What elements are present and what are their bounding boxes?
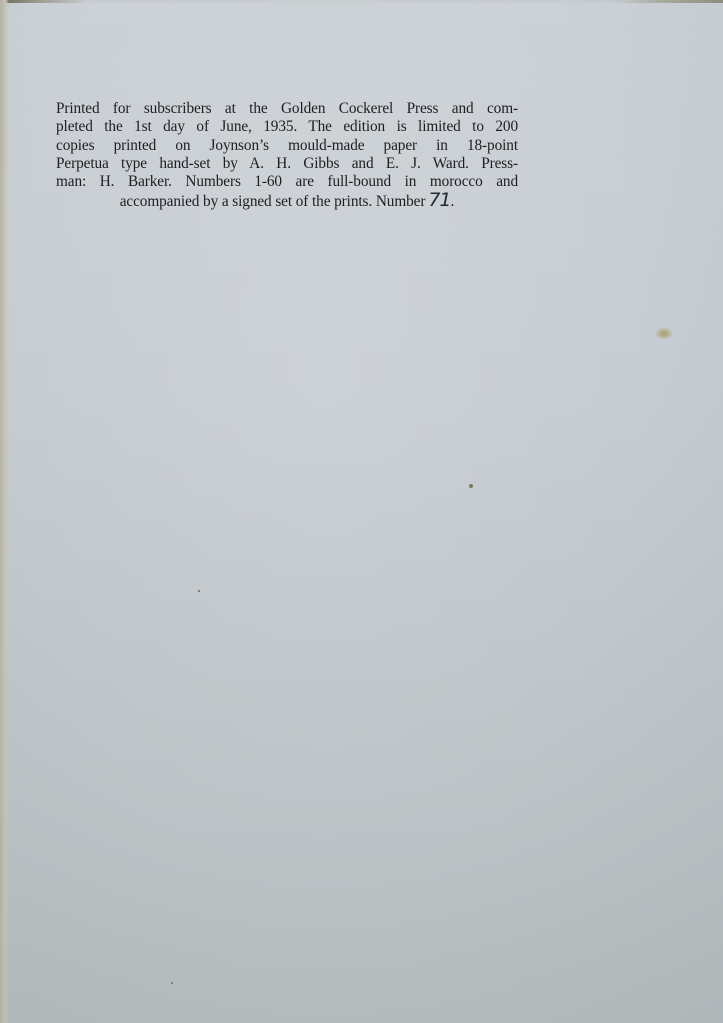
colophon-line: copies printed on Joynson’s mould-made p… xyxy=(56,137,518,155)
colophon-line: Printed for subscribers at the Golden Co… xyxy=(56,100,518,118)
colophon-line: pleted the 1st day of June, 1935. The ed… xyxy=(56,118,518,136)
page-top-edge xyxy=(0,0,723,3)
page-left-edge xyxy=(0,0,9,1023)
colophon-line: accompanied by a signed set of the print… xyxy=(120,193,426,210)
paper-speck xyxy=(198,590,200,592)
handwritten-copy-number: 71 xyxy=(428,189,450,211)
paper-speck xyxy=(171,982,173,984)
paper-speck xyxy=(469,484,473,488)
copy-number-period: . xyxy=(451,193,455,210)
colophon-line: Perpetua type hand-set by A. H. Gibbs an… xyxy=(56,155,518,173)
colophon-text-block: Printed for subscribers at the Golden Co… xyxy=(56,100,518,212)
foxing-stain xyxy=(656,328,672,339)
colophon-last-line: accompanied by a signed set of the print… xyxy=(56,191,518,211)
